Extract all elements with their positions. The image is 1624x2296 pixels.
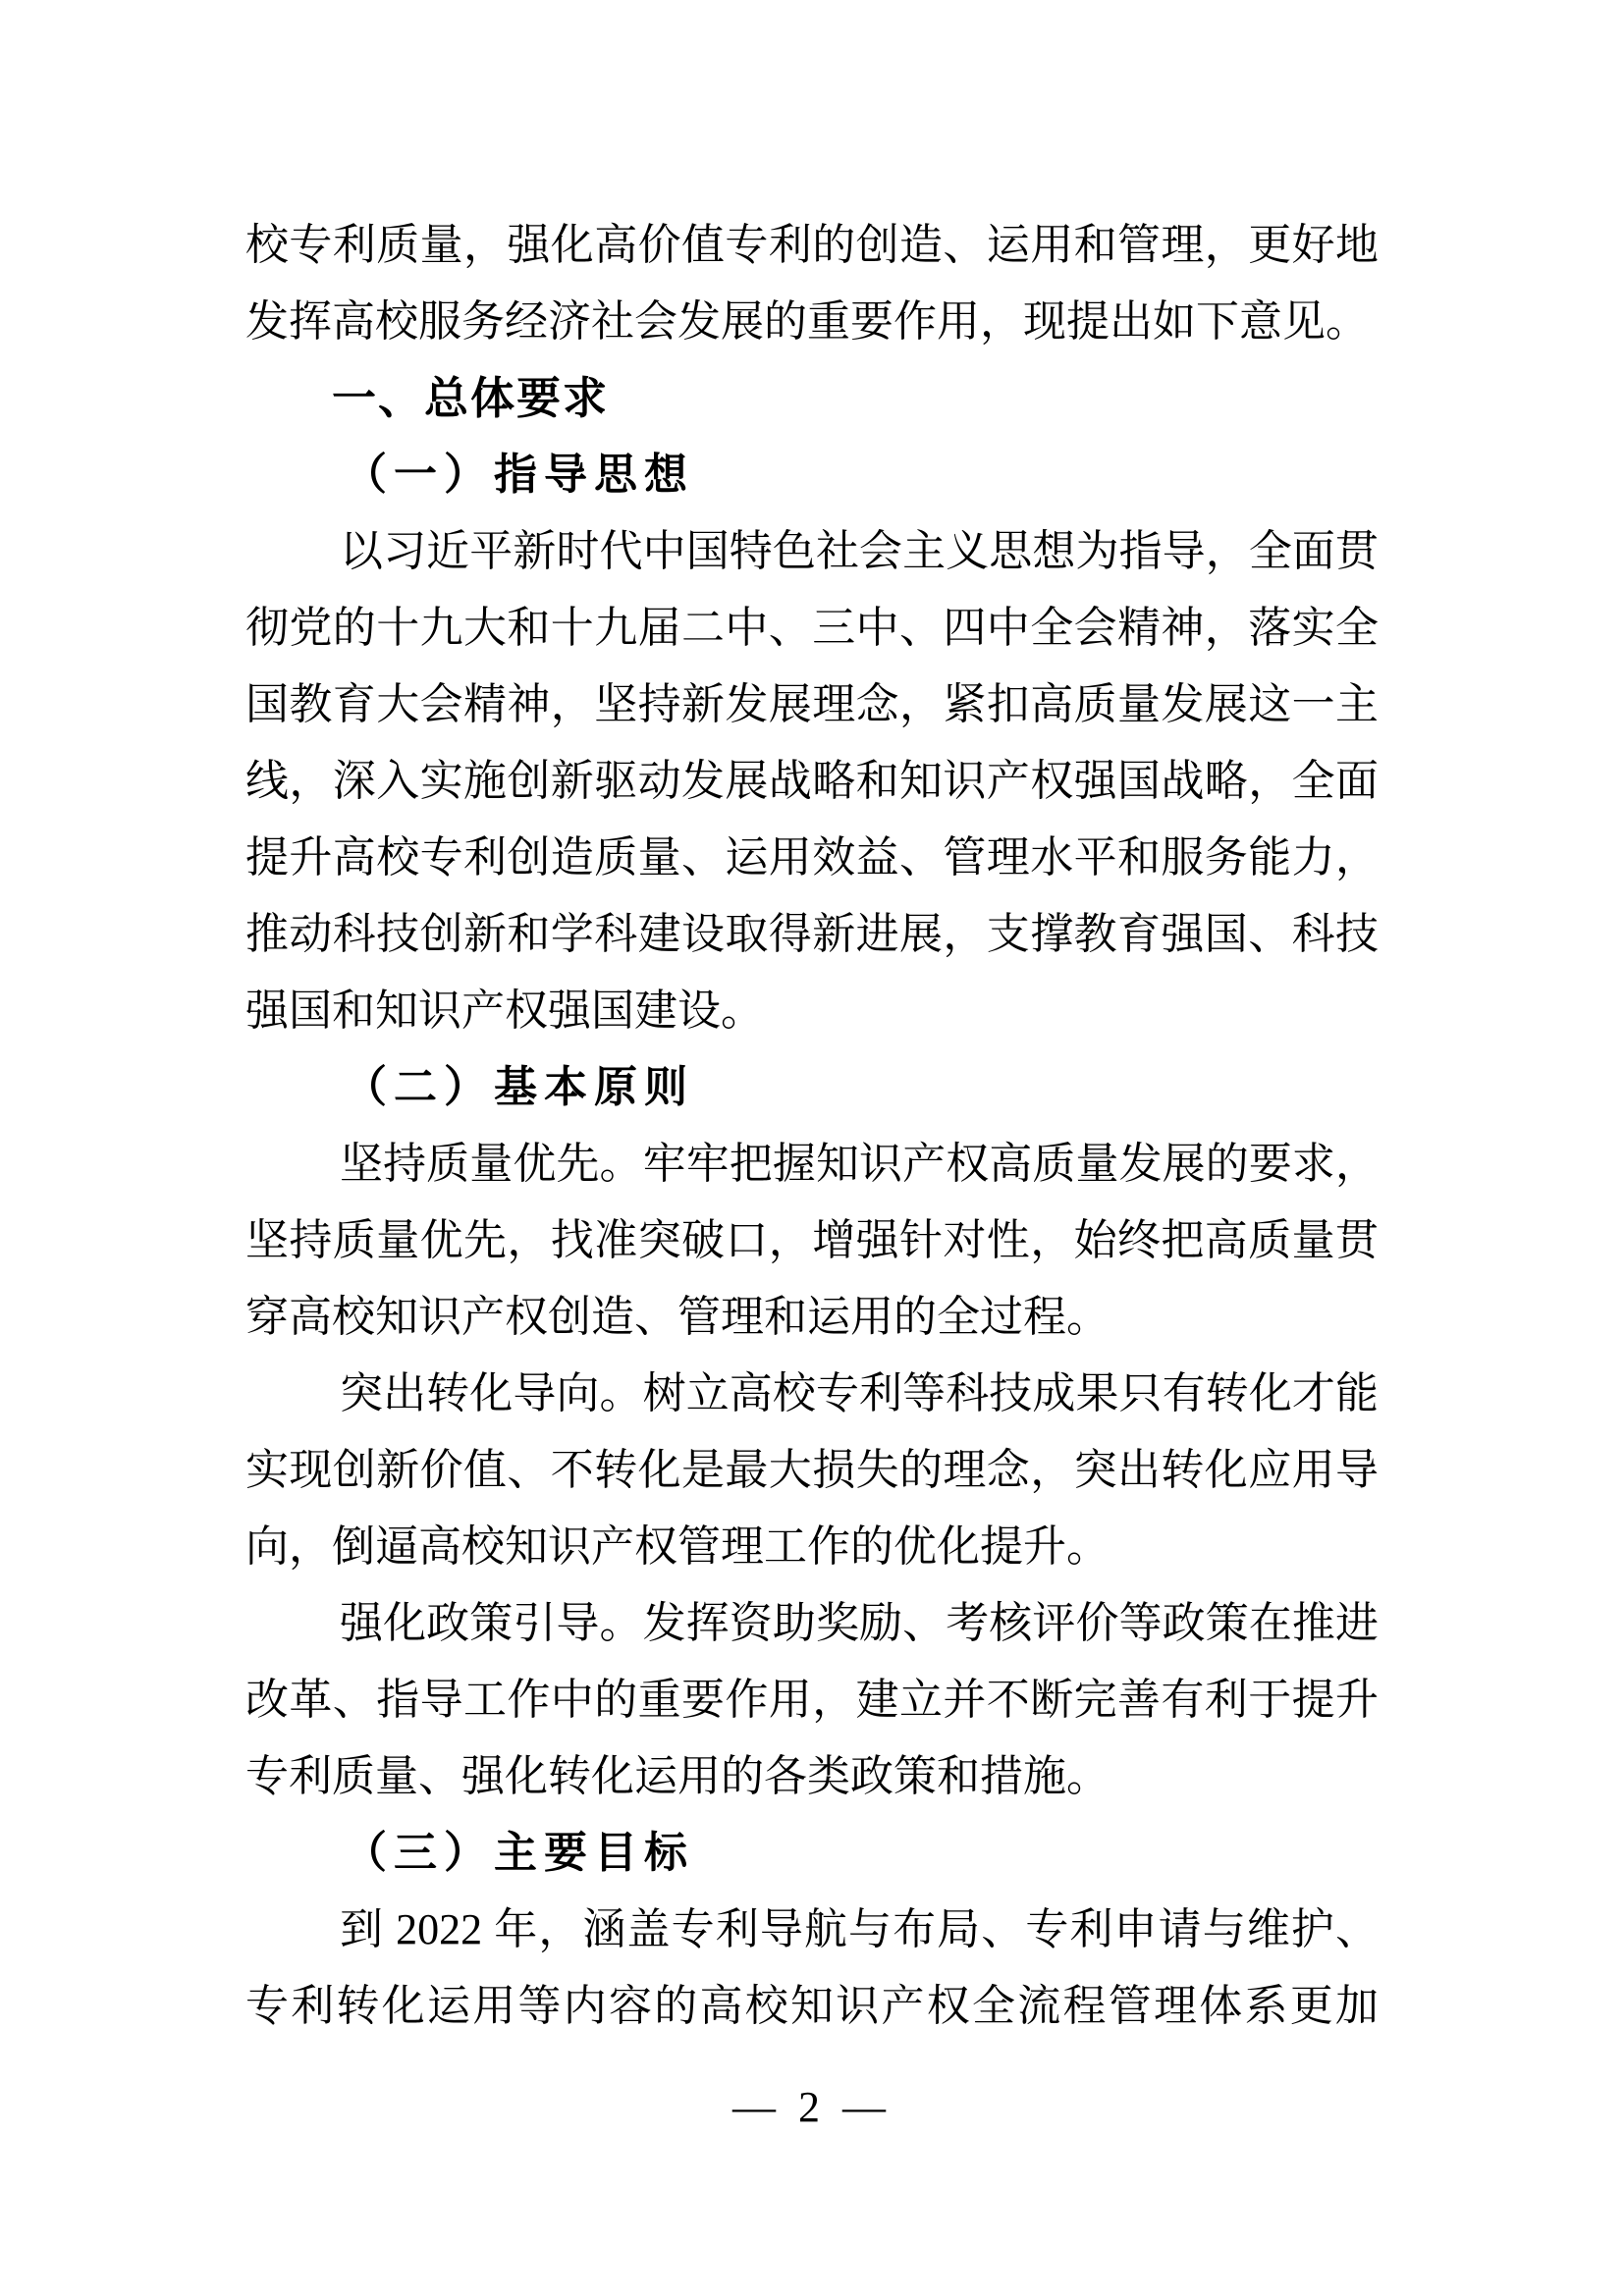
body-line: 向，倒逼高校知识产权管理工作的优化提升。 bbox=[245, 1509, 1379, 1585]
body-line: 到 2022 年，涵盖专利导航与布局、专利申请与维护、 bbox=[245, 1892, 1379, 1968]
body-line: 专利转化运用等内容的高校知识产权全流程管理体系更加 bbox=[245, 1968, 1379, 2045]
body-line: 专利质量、强化转化运用的各类政策和措施。 bbox=[245, 1738, 1379, 1815]
body-line: 穿高校知识产权创造、管理和运用的全过程。 bbox=[245, 1279, 1379, 1356]
subsection-heading: （二）基本原则 bbox=[344, 1049, 1379, 1126]
body-line: 坚持质量优先。牢牢把握知识产权高质量发展的要求， bbox=[245, 1126, 1379, 1202]
body-line: 国教育大会精神，坚持新发展理念，紧扣高质量发展这一主 bbox=[245, 667, 1379, 743]
page-number: — 2 — bbox=[0, 2069, 1624, 2146]
subsection-heading: （一）指导思想 bbox=[344, 437, 1379, 513]
body-line: 强国和知识产权强国建设。 bbox=[245, 973, 1379, 1049]
body-line: 坚持质量优先，找准突破口，增强针对性，始终把高质量贯 bbox=[245, 1202, 1379, 1279]
subsection-heading: （三）主要目标 bbox=[344, 1815, 1379, 1892]
body-line: 线，深入实施创新驱动发展战略和知识产权强国战略，全面 bbox=[245, 743, 1379, 820]
body-line: 改革、指导工作中的重要作用，建立并不断完善有利于提升 bbox=[245, 1662, 1379, 1738]
body-line: 发挥高校服务经济社会发展的重要作用，现提出如下意见。 bbox=[245, 284, 1379, 360]
body-line: 以习近平新时代中国特色社会主义思想为指导，全面贯 bbox=[245, 513, 1379, 590]
body-line: 推动科技创新和学科建设取得新进展，支撑教育强国、科技 bbox=[245, 896, 1379, 973]
body-line: 彻党的十九大和十九届二中、三中、四中全会精神，落实全 bbox=[245, 590, 1379, 667]
section-heading: 一、总体要求 bbox=[332, 360, 1379, 437]
body-line: 校专利质量，强化高价值专利的创造、运用和管理，更好地 bbox=[245, 207, 1379, 284]
body-line: 突出转化导向。树立高校专利等科技成果只有转化才能 bbox=[245, 1356, 1379, 1432]
document-body: 校专利质量，强化高价值专利的创造、运用和管理，更好地 发挥高校服务经济社会发展的… bbox=[245, 207, 1379, 2045]
body-line: 强化政策引导。发挥资助奖励、考核评价等政策在推进 bbox=[245, 1585, 1379, 1662]
body-line: 提升高校专利创造质量、运用效益、管理水平和服务能力， bbox=[245, 820, 1379, 896]
body-line: 实现创新价值、不转化是最大损失的理念，突出转化应用导 bbox=[245, 1432, 1379, 1509]
document-page: 校专利质量，强化高价值专利的创造、运用和管理，更好地 发挥高校服务经济社会发展的… bbox=[0, 0, 1624, 2296]
